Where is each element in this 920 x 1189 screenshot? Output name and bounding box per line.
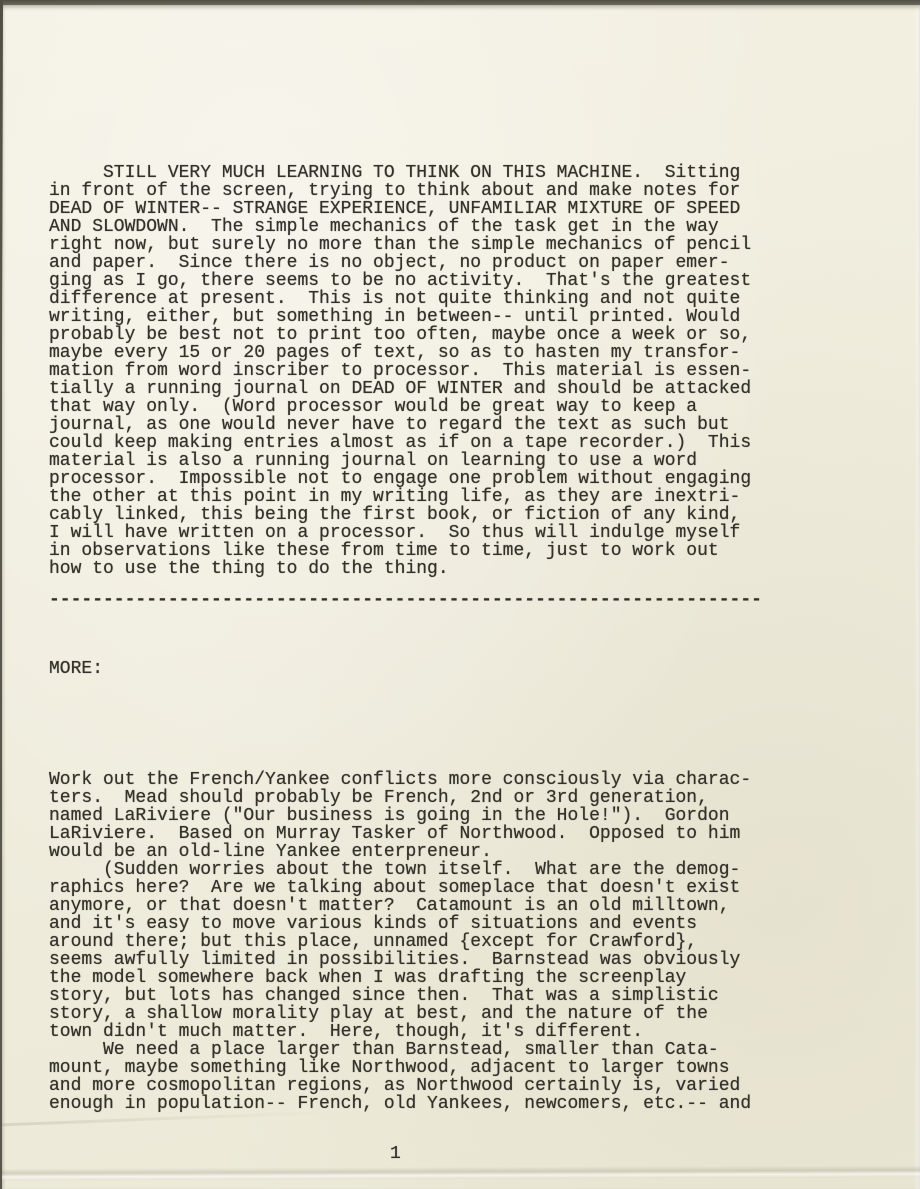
notes-paragraph-characters-town: Work out the French/Yankee conflicts mor… (49, 771, 751, 1113)
page-number: 1 (390, 1145, 401, 1163)
scan-edge-top (0, 0, 920, 5)
dashed-divider: ----------------------------------------… (49, 591, 762, 609)
scan-edge-left (0, 0, 3, 340)
typewritten-page: STILL VERY MUCH LEARNING TO THINK ON THI… (2, 5, 920, 1189)
more-heading: MORE: (49, 660, 103, 678)
paper-crease-bottom (2, 1165, 920, 1180)
journal-paragraph-machine-notes: STILL VERY MUCH LEARNING TO THINK ON THI… (49, 164, 751, 578)
